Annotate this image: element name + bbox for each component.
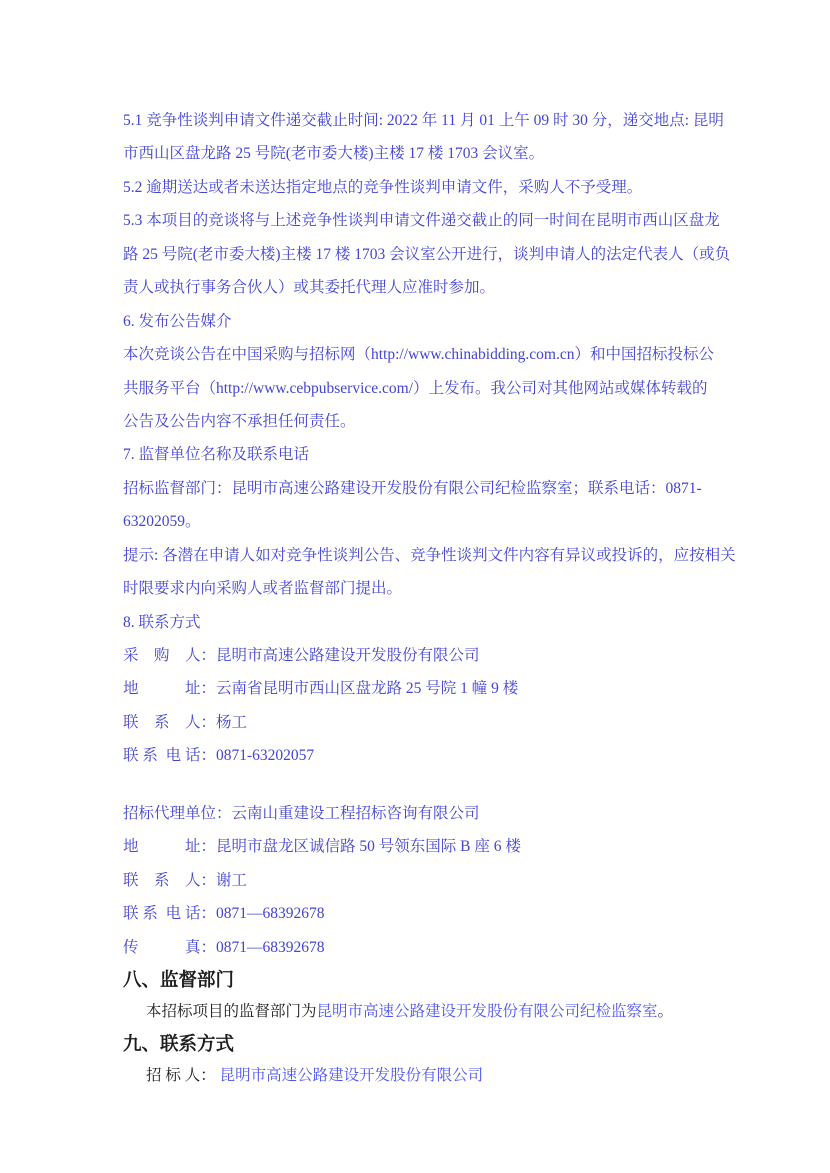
text-segment: 本招标项目的监督部门为 (146, 1003, 317, 1020)
document-line: 地 址：昆明市盘龙区诚信路 50 号领东国际 B 座 6 楼 (123, 830, 830, 863)
paragraph-gap (123, 773, 124, 797)
document-line: 联 系 电 话：0871—68392678 (123, 897, 830, 930)
text-segment: 昆明市高速公路建设开发股份有限公司纪检监察室 (317, 1003, 658, 1020)
document-line: 联 系 人：谢工 (123, 864, 830, 897)
text-segment: 。 (658, 1003, 674, 1020)
section-heading: 九、联系方式 (123, 1028, 830, 1060)
document-line: 6. 发布公告媒介 (123, 305, 830, 338)
document-line: 共服务平台（http://www.cebpubservice.com/）上发布。… (123, 372, 830, 405)
document-line: 7. 监督单位名称及联系电话 (123, 438, 830, 471)
document-line: 63202059。 (123, 505, 830, 538)
document-line: 招标代理单位：云南山重建设工程招标咨询有限公司 (123, 797, 830, 830)
document-line: 路 25 号院(老市委大楼)主楼 17 楼 1703 会议室公开进行，谈判申请人… (123, 238, 830, 271)
document-line: 采 购 人：昆明市高速公路建设开发股份有限公司 (123, 639, 830, 672)
document-line: 本招标项目的监督部门为昆明市高速公路建设开发股份有限公司纪检监察室。 (123, 996, 830, 1028)
document-line: 公告及公告内容不承担任何责任。 (123, 405, 830, 438)
section-heading: 八、监督部门 (123, 964, 830, 996)
document-line: 时限要求内向采购人或者监督部门提出。 (123, 572, 830, 605)
document-line: 市西山区盘龙路 25 号院(老市委大楼)主楼 17 楼 1703 会议室。 (123, 137, 830, 170)
document-line: 8. 联系方式 (123, 606, 830, 639)
text-segment: 昆明市高速公路建设开发股份有限公司 (220, 1067, 484, 1084)
document-line: 责人或执行事务合伙人）或其委托代理人应准时参加。 (123, 271, 830, 304)
document-line: 5.1 竞争性谈判申请文件递交截止时间: 2022 年 11 月 01 上午 0… (123, 104, 830, 137)
document-line: 招标监督部门：昆明市高速公路建设开发股份有限公司纪检监察室；联系电话：0871- (123, 472, 830, 505)
document-line: 5.2 逾期送达或者未送达指定地点的竞争性谈判申请文件，采购人不予受理。 (123, 171, 830, 204)
document-line: 提示: 各潜在申请人如对竞争性谈判公告、竞争性谈判文件内容有异议或投诉的，应按相… (123, 539, 830, 572)
document-line: 招 标 人： 昆明市高速公路建设开发股份有限公司 (123, 1060, 830, 1092)
document-line: 5.3 本项目的竞谈将与上述竞争性谈判申请文件递交截止的同一时间在昆明市西山区盘… (123, 204, 830, 237)
document-line: 联 系 人：杨工 (123, 706, 830, 739)
document-line: 传 真：0871—68392678 (123, 931, 830, 964)
document-line: 地 址：云南省昆明市西山区盘龙路 25 号院 1 幢 9 楼 (123, 672, 830, 705)
document-line: 本次竞谈公告在中国采购与招标网（http://www.chinabidding.… (123, 338, 830, 371)
document-line: 联 系 电 话：0871-63202057 (123, 739, 830, 772)
document-page: 5.1 竞争性谈判申请文件递交截止时间: 2022 年 11 月 01 上午 0… (0, 0, 830, 1173)
text-segment: 招 标 人： (146, 1067, 220, 1084)
